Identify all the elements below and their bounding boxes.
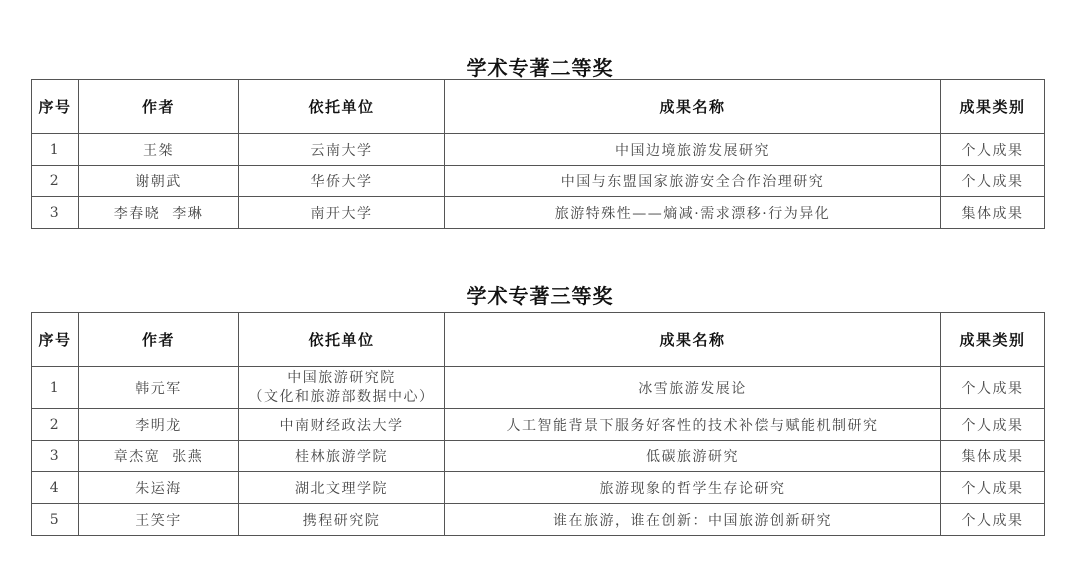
cell-unit-line1: 中国旅游研究院 xyxy=(239,369,444,388)
cell-title: 低碳旅游研究 xyxy=(445,441,941,472)
cell-author: 朱运海 xyxy=(79,472,239,504)
table-row: 2 谢朝武 华侨大学 中国与东盟国家旅游安全合作治理研究 个人成果 xyxy=(32,166,1045,197)
cell-no: 3 xyxy=(32,197,79,229)
table-row: 2 李明龙 中南财经政法大学 人工智能背景下服务好客性的技术补偿与赋能机制研究 … xyxy=(32,409,1045,441)
cell-title: 人工智能背景下服务好客性的技术补偿与赋能机制研究 xyxy=(445,409,941,441)
table-row: 1 韩元军 中国旅游研究院 （文化和旅游部数据中心） 冰雪旅游发展论 个人成果 xyxy=(32,367,1045,409)
cell-author: 王笑宇 xyxy=(79,504,239,536)
cell-no: 5 xyxy=(32,504,79,536)
section-title: 学术专著二等奖 xyxy=(0,52,1080,81)
cell-author: 章杰宽 张燕 xyxy=(79,441,239,472)
cell-unit: 中南财经政法大学 xyxy=(239,409,445,441)
cell-no: 1 xyxy=(32,134,79,166)
table-header-row: 序号 作者 依托单位 成果名称 成果类别 xyxy=(32,313,1045,367)
column-header-unit: 依托单位 xyxy=(239,313,445,367)
award-table: 序号 作者 依托单位 成果名称 成果类别 1 王桀 云南大学 中国边境旅游发展研… xyxy=(31,79,1045,229)
cell-type: 个人成果 xyxy=(941,409,1045,441)
cell-title: 冰雪旅游发展论 xyxy=(445,367,941,409)
cell-type: 集体成果 xyxy=(941,197,1045,229)
cell-title: 谁在旅游，谁在创新：中国旅游创新研究 xyxy=(445,504,941,536)
cell-title: 旅游现象的哲学生存论研究 xyxy=(445,472,941,504)
cell-type: 个人成果 xyxy=(941,504,1045,536)
column-header-no: 序号 xyxy=(32,80,79,134)
cell-title: 中国边境旅游发展研究 xyxy=(445,134,941,166)
cell-unit: 桂林旅游学院 xyxy=(239,441,445,472)
table-row: 1 王桀 云南大学 中国边境旅游发展研究 个人成果 xyxy=(32,134,1045,166)
cell-unit: 南开大学 xyxy=(239,197,445,229)
cell-unit-line2: （文化和旅游部数据中心） xyxy=(239,388,444,407)
column-header-no: 序号 xyxy=(32,313,79,367)
cell-unit: 中国旅游研究院 （文化和旅游部数据中心） xyxy=(239,367,445,409)
cell-author: 王桀 xyxy=(79,134,239,166)
cell-unit: 携程研究院 xyxy=(239,504,445,536)
cell-no: 3 xyxy=(32,441,79,472)
cell-no: 1 xyxy=(32,367,79,409)
table-row: 5 王笑宇 携程研究院 谁在旅游，谁在创新：中国旅游创新研究 个人成果 xyxy=(32,504,1045,536)
award-table: 序号 作者 依托单位 成果名称 成果类别 1 韩元军 中国旅游研究院 （文化和旅… xyxy=(31,312,1045,536)
cell-author: 李春晓 李琳 xyxy=(79,197,239,229)
cell-type: 个人成果 xyxy=(941,367,1045,409)
column-header-unit: 依托单位 xyxy=(239,80,445,134)
cell-unit: 云南大学 xyxy=(239,134,445,166)
cell-no: 4 xyxy=(32,472,79,504)
cell-author: 韩元军 xyxy=(79,367,239,409)
cell-type: 个人成果 xyxy=(941,472,1045,504)
column-header-title: 成果名称 xyxy=(445,80,941,134)
column-header-type: 成果类别 xyxy=(941,80,1045,134)
section-title: 学术专著三等奖 xyxy=(0,280,1080,309)
cell-unit: 湖北文理学院 xyxy=(239,472,445,504)
column-header-title: 成果名称 xyxy=(445,313,941,367)
cell-author: 谢朝武 xyxy=(79,166,239,197)
table-row: 4 朱运海 湖北文理学院 旅游现象的哲学生存论研究 个人成果 xyxy=(32,472,1045,504)
cell-type: 集体成果 xyxy=(941,441,1045,472)
table-header-row: 序号 作者 依托单位 成果名称 成果类别 xyxy=(32,80,1045,134)
column-header-author: 作者 xyxy=(79,313,239,367)
table-row: 3 李春晓 李琳 南开大学 旅游特殊性——熵减·需求漂移·行为异化 集体成果 xyxy=(32,197,1045,229)
table-row: 3 章杰宽 张燕 桂林旅游学院 低碳旅游研究 集体成果 xyxy=(32,441,1045,472)
cell-title: 旅游特殊性——熵减·需求漂移·行为异化 xyxy=(445,197,941,229)
cell-no: 2 xyxy=(32,166,79,197)
cell-title: 中国与东盟国家旅游安全合作治理研究 xyxy=(445,166,941,197)
column-header-type: 成果类别 xyxy=(941,313,1045,367)
cell-type: 个人成果 xyxy=(941,166,1045,197)
cell-type: 个人成果 xyxy=(941,134,1045,166)
cell-unit: 华侨大学 xyxy=(239,166,445,197)
cell-author: 李明龙 xyxy=(79,409,239,441)
column-header-author: 作者 xyxy=(79,80,239,134)
cell-no: 2 xyxy=(32,409,79,441)
